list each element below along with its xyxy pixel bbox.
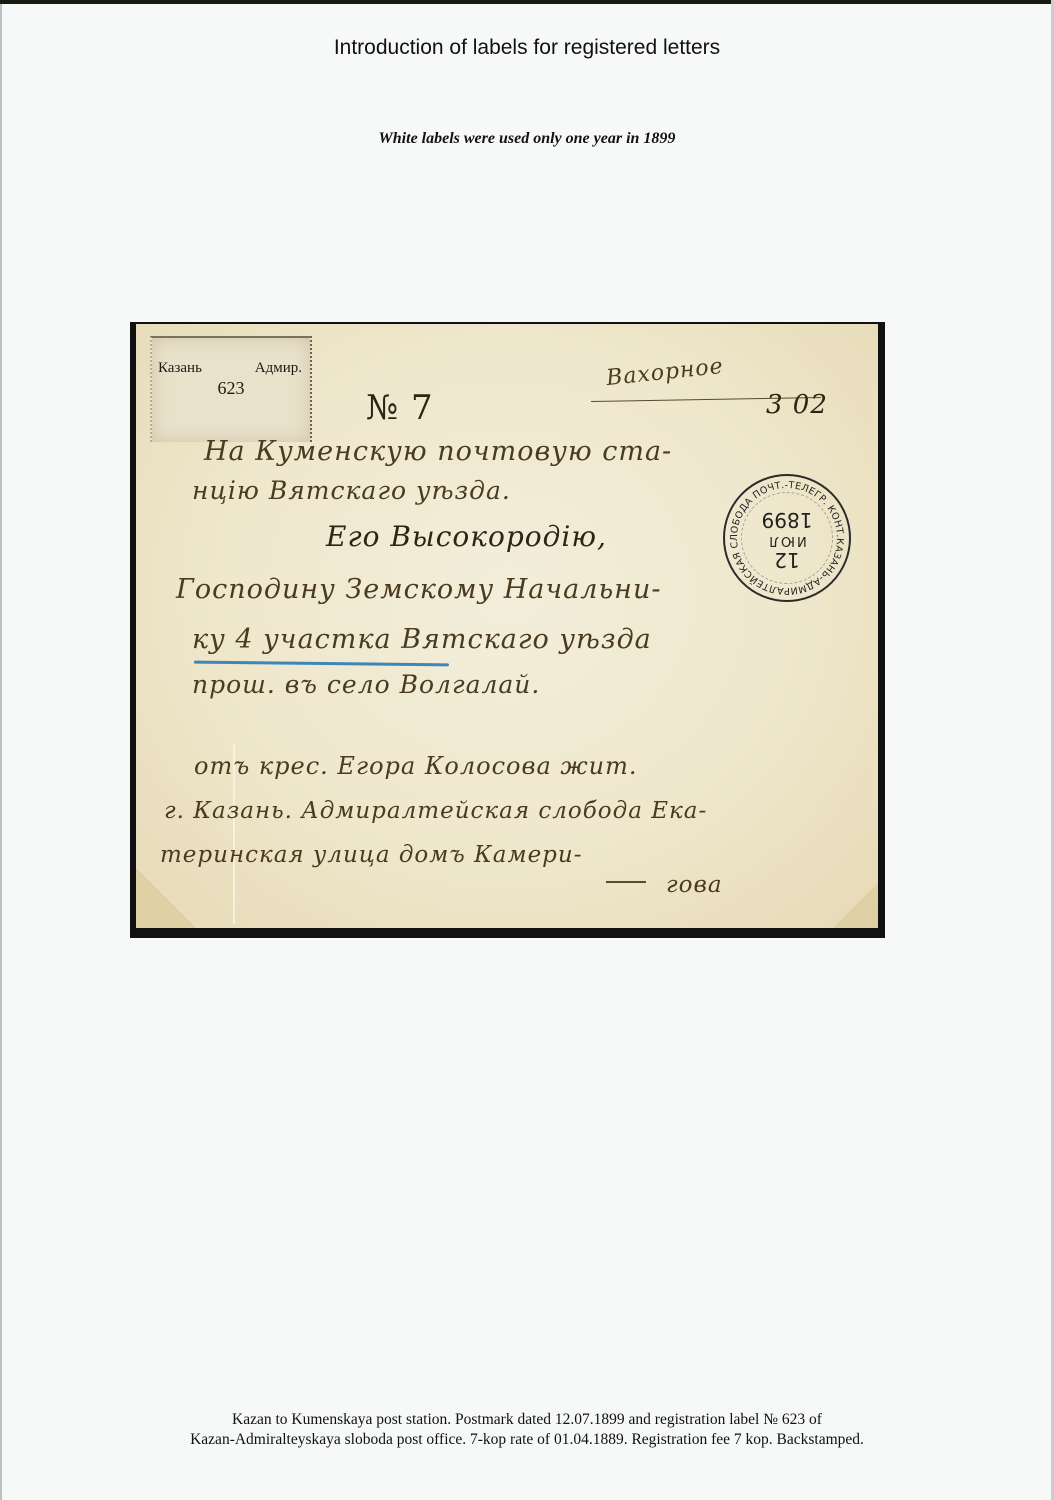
page-caption: Kazan to Kumenskaya post station. Postma… [0, 1410, 1054, 1450]
address-line: ку 4 участка Вятскаго уѣзда [192, 624, 652, 655]
postmark-year: 1899 [725, 508, 849, 532]
address-line: Господину Земскому Начальни- [176, 574, 661, 605]
postmark-month: ИЮЛ [725, 533, 849, 548]
address-line: Его Высокородію, [326, 520, 607, 553]
registration-label-branch: Адмир. [255, 360, 302, 377]
page-title: Introduction of labels for registered le… [0, 36, 1054, 60]
caption-line: Kazan to Kumenskaya post station. Postma… [0, 1410, 1054, 1430]
registration-label-number: 623 [152, 378, 310, 399]
page-top-edge [0, 0, 1054, 4]
address-line: нцію Вятскаго уѣзда. [192, 476, 511, 505]
envelope: Казань Адмир. 623 Вахорное 3 02 № 7 КАЗА… [136, 324, 878, 928]
docket-word: Вахорное [605, 354, 725, 391]
sender-line: г. Казань. Адмиралтейская слобода Ека- [164, 798, 707, 824]
envelope-image: Казань Адмир. 623 Вахорное 3 02 № 7 КАЗА… [130, 322, 885, 938]
address-line: прош. въ село Волгалай. [192, 670, 540, 699]
sender-line: теринская улица домъ Камери- [160, 842, 582, 868]
registration-label-city: Казань [158, 360, 202, 377]
hyphen-stroke [606, 881, 646, 883]
sender-line: гова [666, 872, 723, 898]
page-subtitle: White labels were used only one year in … [0, 130, 1054, 148]
docket-number: 3 02 [766, 390, 828, 420]
page-left-edge [0, 4, 2, 1500]
envelope-corner-fold [833, 883, 878, 928]
registration-label: Казань Адмир. 623 [150, 336, 312, 442]
envelope-corner-fold [136, 868, 196, 928]
sender-line: отъ крес. Егора Колосова жит. [194, 752, 638, 780]
postmark-stamp: КАЗАНЬ-АДМИРАЛТЕЙСКАЯ СЛОБОДА ПОЧТ.-ТЕЛЕ… [723, 474, 851, 602]
blue-crayon-underline [194, 661, 449, 667]
postmark-day: 12 [725, 548, 849, 572]
address-line: На Куменскую почтовую ста- [204, 436, 672, 467]
registration-label-office: Казань Адмир. [158, 360, 308, 377]
caption-line: Kazan-Admiralteyskaya sloboda post offic… [0, 1430, 1054, 1450]
registration-mark: № 7 [366, 388, 434, 428]
